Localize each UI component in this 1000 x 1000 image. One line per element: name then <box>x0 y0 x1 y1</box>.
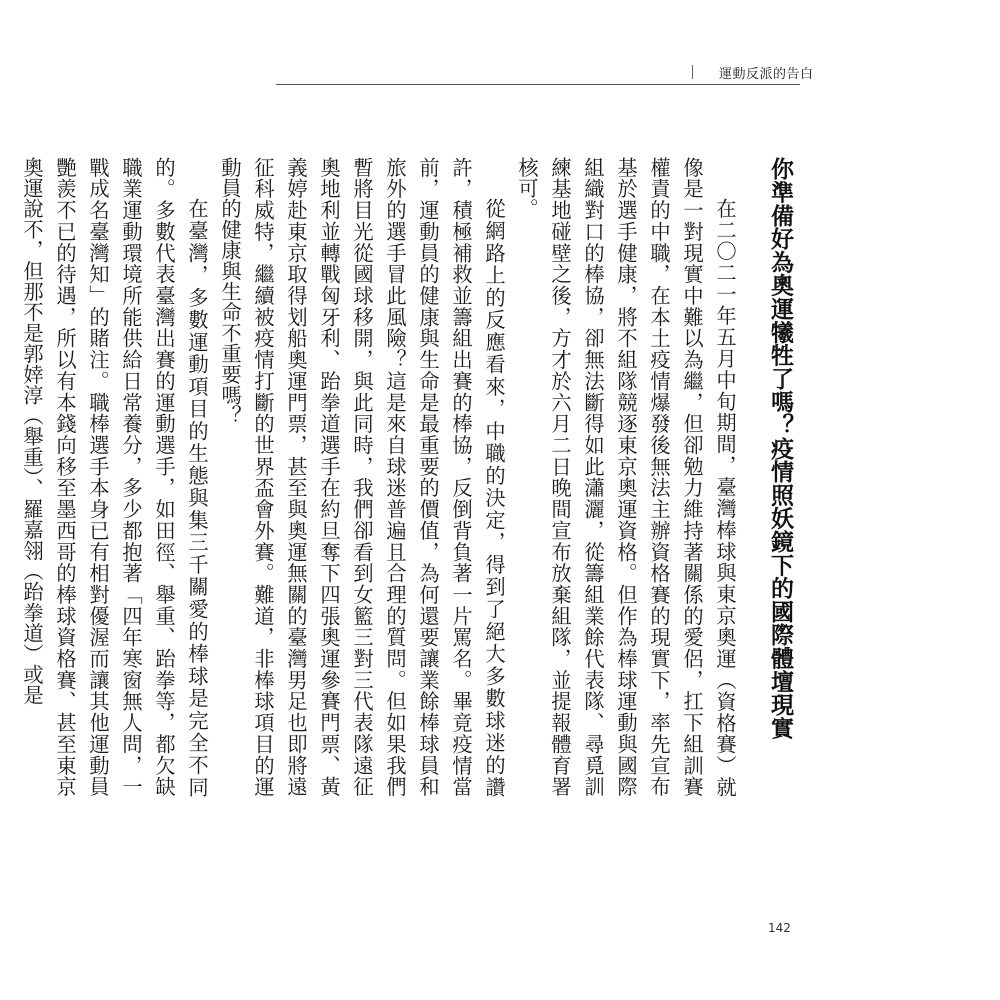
running-head-separator <box>692 65 693 79</box>
paragraph: 從網路上的反應看來，中職的決定，得到了絕大多數球迷的讚許，積極補救並籌組出賽的棒… <box>213 157 510 797</box>
paragraph: 在二〇二一年五月中旬期間，臺灣棒球與東京奧運（資格賽）就像是一對現實中難以為繼，… <box>510 157 741 797</box>
page-number: 142 <box>768 921 791 935</box>
running-head-title: 運動反派的告白 <box>719 63 814 82</box>
running-head: 運動反派的告白 <box>692 62 814 82</box>
header-rule <box>276 84 800 85</box>
book-page: 運動反派的告白 你準備好為奧運犧牲了嗎？疫情照妖鏡下的國際體壇現實 在二〇二一年… <box>0 0 1000 1000</box>
section-heading: 你準備好為奧運犧牲了嗎？疫情照妖鏡下的國際體壇現實 <box>761 157 798 797</box>
paragraph: 在臺灣，多數運動項目的生態與集三千關愛的棒球是完全不同的。多數代表臺灣出賽的運動… <box>15 157 213 797</box>
vertical-body-text: 你準備好為奧運犧牲了嗎？疫情照妖鏡下的國際體壇現實 在二〇二一年五月中旬期間，臺… <box>250 157 798 797</box>
